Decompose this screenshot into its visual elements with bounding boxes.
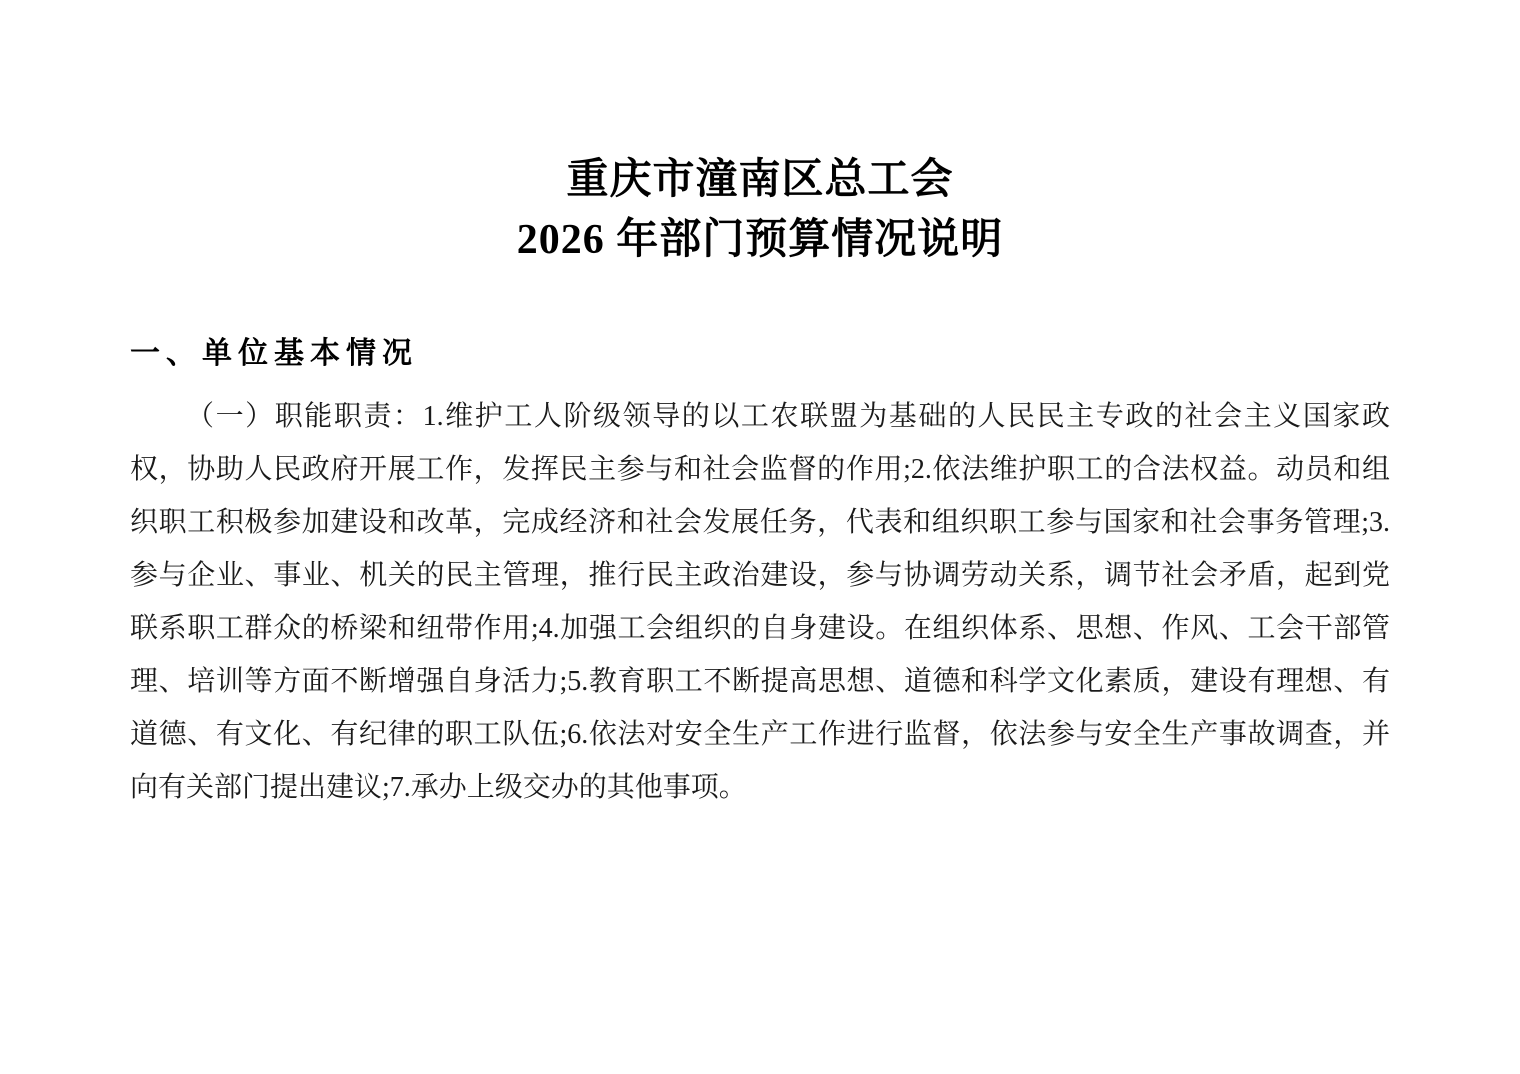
page-title-line-2: 2026 年部门预算情况说明 <box>130 210 1390 270</box>
duties-paragraph: （一）职能职责：1.维护工人阶级领导的以工农联盟为基础的人民民主专政的社会主义国… <box>130 390 1390 814</box>
paragraph-line: 权，协助人民政府开展工作，发挥民主参与和社会监督的作用;2.依法维护职工的合法权… <box>130 443 1390 496</box>
paragraph-line: （一）职能职责：1.维护工人阶级领导的以工农联盟为基础的人民民主专政的社会主义国… <box>130 390 1390 443</box>
document-body: 重庆市潼南区总工会 2026 年部门预算情况说明 一、单位基本情况 （一）职能职… <box>0 0 1520 1074</box>
document-title-block: 重庆市潼南区总工会 2026 年部门预算情况说明 <box>130 0 1390 270</box>
paragraph-line: 联系职工群众的桥梁和纽带作用;4.加强工会组织的自身建设。在组织体系、思想、作风… <box>130 602 1390 655</box>
document-page: { "document": { "title_line1": "重庆市潼南区总工… <box>0 0 1520 1074</box>
paragraph-line: 织职工积极参加建设和改革，完成经济和社会发展任务，代表和组织职工参与国家和社会事… <box>130 496 1390 549</box>
paragraph-line: 道德、有文化、有纪律的职工队伍;6.依法对安全生产工作进行监督，依法参与安全生产… <box>130 708 1390 761</box>
paragraph-line: 理、培训等方面不断增强自身活力;5.教育职工不断提高思想、道德和科学文化素质，建… <box>130 655 1390 708</box>
paragraph-line: 向有关部门提出建议;7.承办上级交办的其他事项。 <box>130 761 1390 814</box>
paragraph-line: 参与企业、事业、机关的民主管理，推行民主政治建设，参与协调劳动关系，调节社会矛盾… <box>130 549 1390 602</box>
section-heading: 一、单位基本情况 <box>130 336 1390 372</box>
page-title-line-1: 重庆市潼南区总工会 <box>130 150 1390 210</box>
